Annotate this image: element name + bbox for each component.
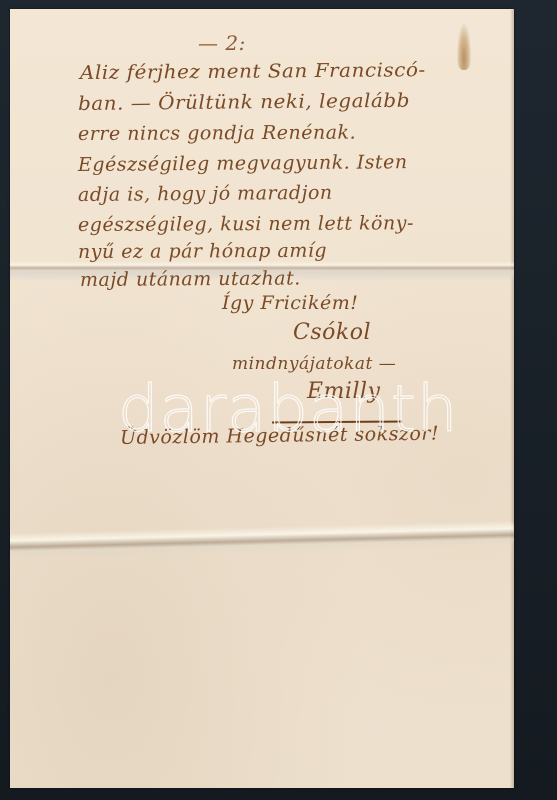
letter-line: Egészségileg megvagyunk. Isten	[78, 151, 408, 176]
paper-edge-shadow	[510, 9, 514, 788]
letter-line: erre nincs gondja Renénak.	[78, 122, 356, 145]
fold-crease-lower	[10, 521, 514, 559]
letter-line: Aliz férjhez ment San Franciscó-	[80, 59, 426, 84]
letter-line: majd utánam utazhat.	[80, 267, 301, 291]
scanned-letter: — 2: Aliz férjhez ment San Franciscó- ba…	[0, 0, 557, 800]
closing-from: mindnyájatokat —	[232, 354, 396, 374]
closing-kiss: Csókol	[293, 320, 371, 345]
letter-line: adja is, hogy jó maradjon	[78, 182, 333, 206]
letter-line: ban. — Örültünk neki, legalább	[78, 90, 410, 115]
letter-line: egészségileg, kusi nem lett köny-	[78, 212, 414, 236]
letter-paper: — 2: Aliz férjhez ment San Franciscó- ba…	[10, 9, 514, 788]
letter-line: nyű ez a pár hónap amíg	[78, 240, 327, 263]
closing-greeting: Így Fricikém!	[222, 292, 358, 314]
ink-stain	[457, 24, 471, 70]
watermark: darabanth	[118, 373, 458, 447]
page-number: — 2:	[198, 31, 246, 55]
